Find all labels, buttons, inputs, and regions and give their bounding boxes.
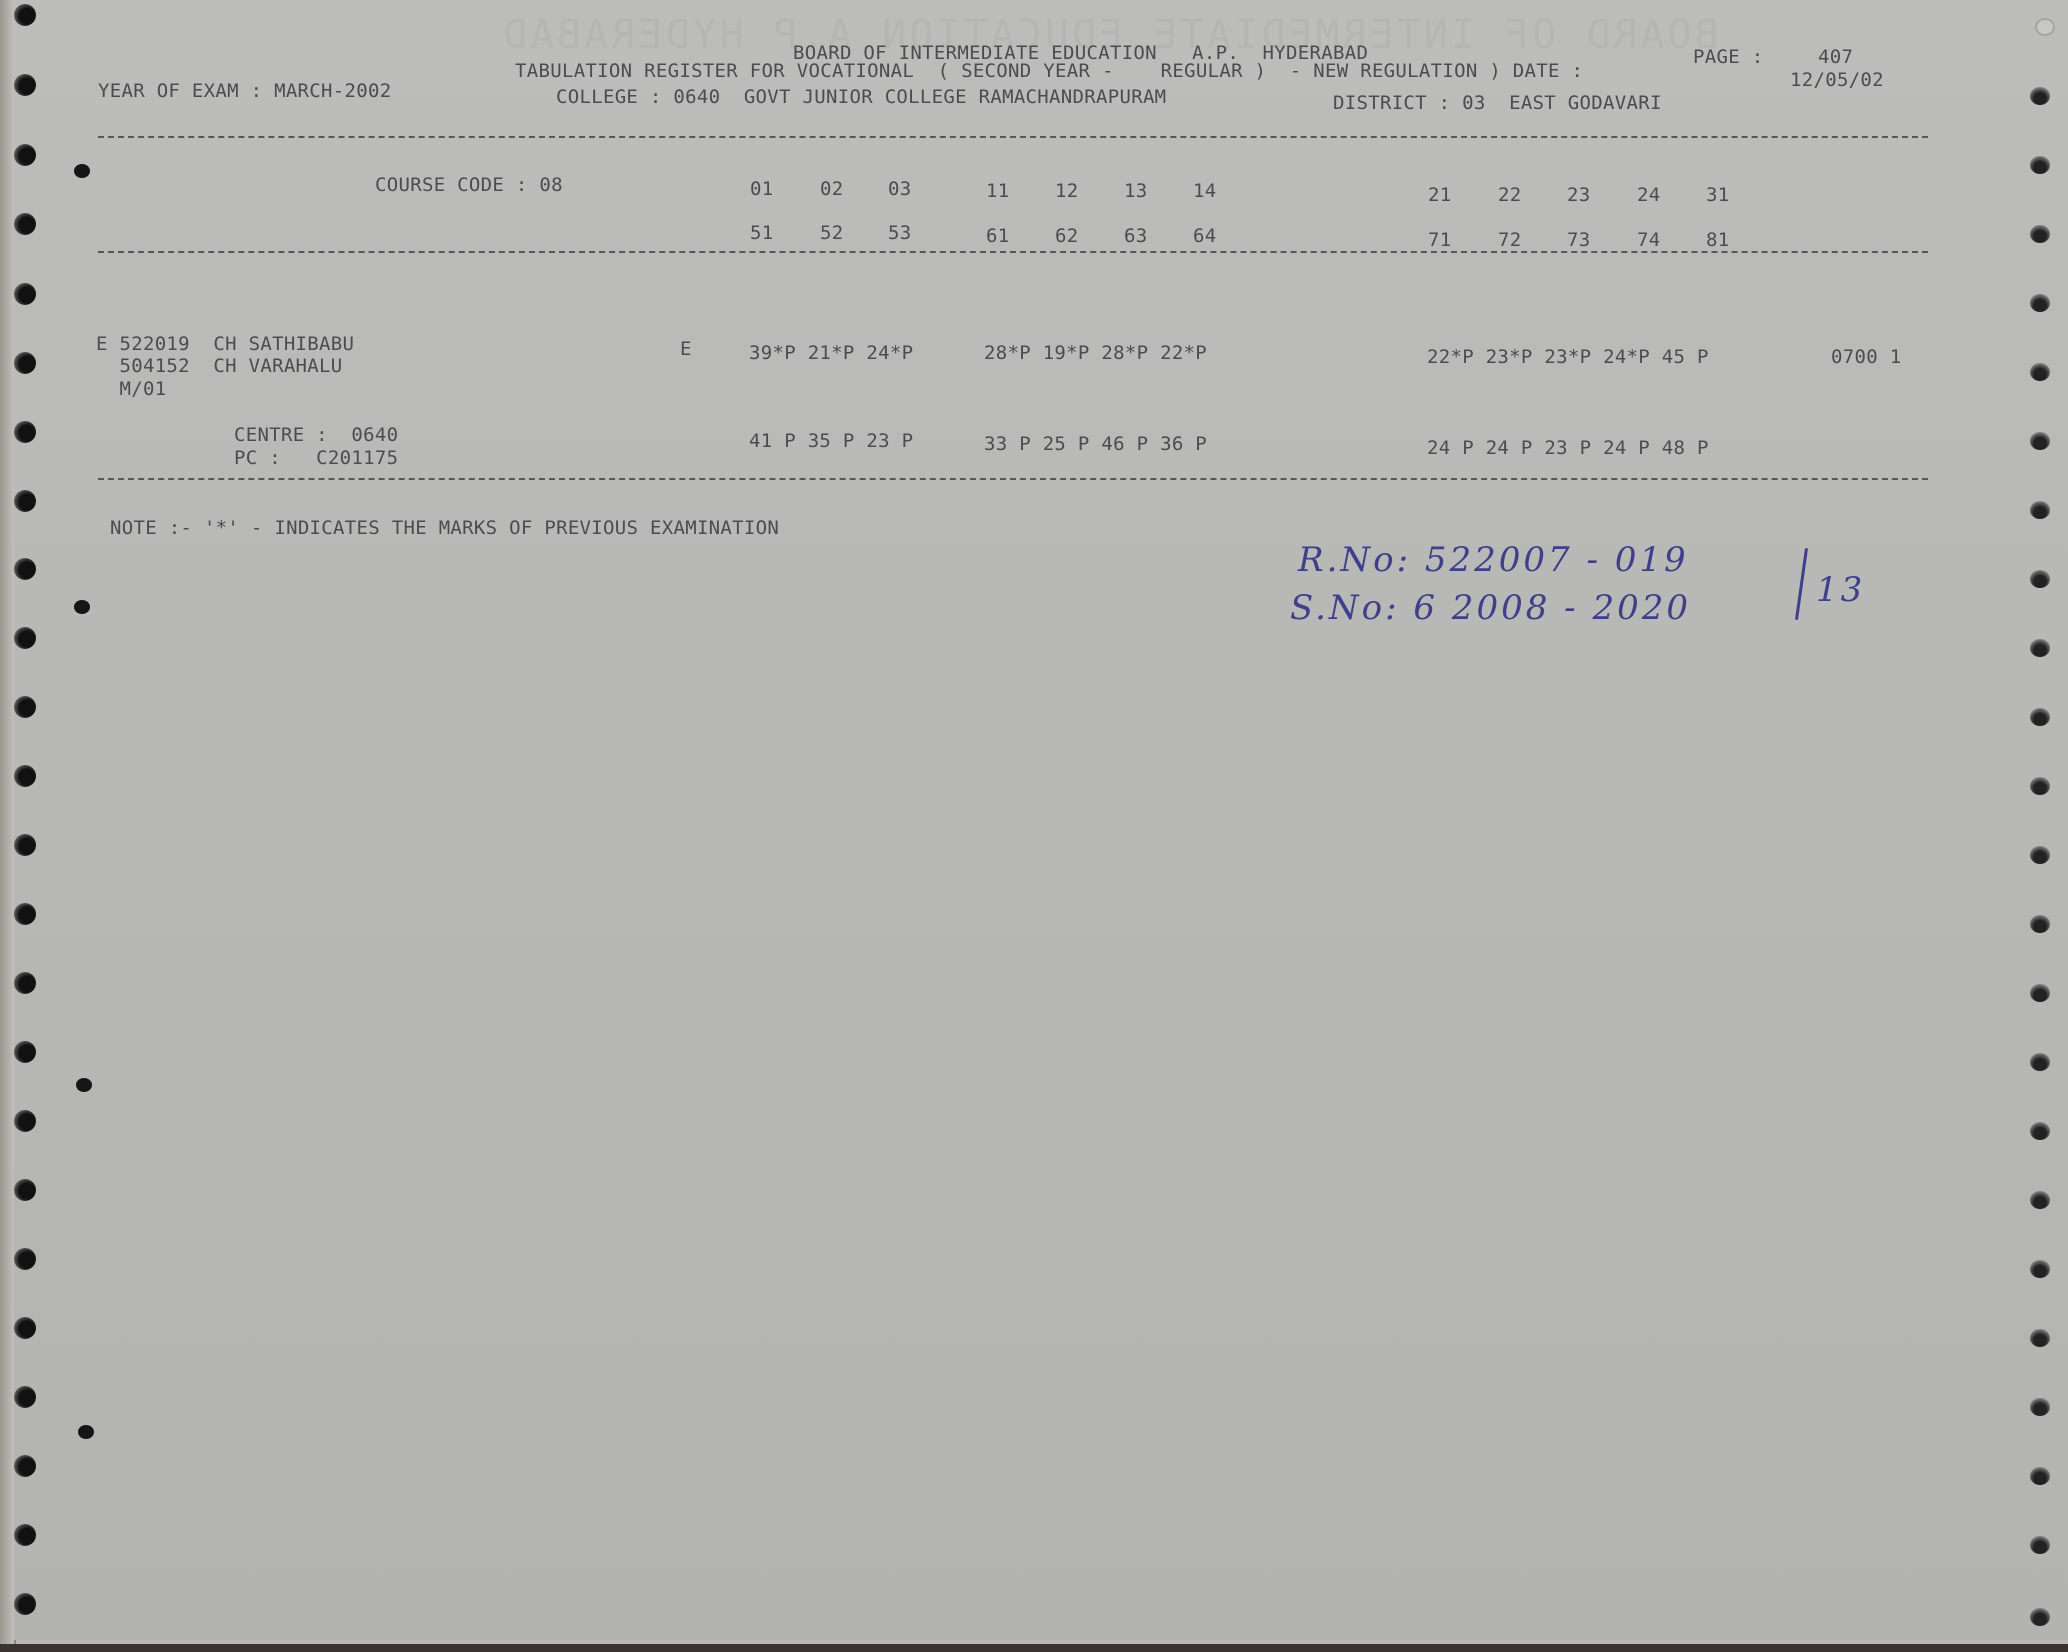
feed-hole bbox=[14, 1179, 36, 1201]
feed-hole bbox=[2030, 1260, 2050, 1278]
feed-hole bbox=[14, 627, 36, 649]
feed-hole bbox=[14, 1110, 36, 1132]
feed-hole bbox=[2030, 1329, 2050, 1347]
feed-hole bbox=[14, 834, 36, 856]
feed-hole bbox=[2030, 1191, 2050, 1209]
paper-bottom-edge bbox=[0, 1644, 2068, 1652]
feed-hole bbox=[14, 696, 36, 718]
feed-hole bbox=[14, 421, 36, 443]
feed-hole bbox=[2030, 639, 2050, 657]
subject-code: 73 bbox=[1567, 229, 1590, 251]
subject-code: 01 bbox=[750, 178, 773, 200]
feed-hole bbox=[14, 558, 36, 580]
feed-hole bbox=[14, 1248, 36, 1270]
feed-hole bbox=[2030, 87, 2050, 105]
feed-hole bbox=[14, 4, 36, 26]
total-and-result: 0700 1 bbox=[1831, 346, 1901, 368]
feed-hole bbox=[2030, 432, 2050, 450]
subject-code: 23 bbox=[1567, 184, 1590, 206]
feed-hole bbox=[14, 1455, 36, 1477]
binding-punch bbox=[76, 1078, 92, 1092]
subject-code: 31 bbox=[1706, 184, 1729, 206]
subject-code: 22 bbox=[1498, 184, 1521, 206]
feed-hole bbox=[2030, 1536, 2050, 1554]
subject-code: 62 bbox=[1055, 225, 1078, 247]
subject-code: 21 bbox=[1428, 184, 1451, 206]
feed-hole bbox=[14, 1593, 36, 1615]
feed-hole bbox=[2030, 294, 2050, 312]
feed-hole bbox=[14, 490, 36, 512]
handwritten-roll-range: R.No: 522007 - 019 bbox=[1298, 540, 1689, 580]
feed-hole bbox=[2030, 1398, 2050, 1416]
feed-hole-empty bbox=[2035, 18, 2055, 36]
feed-hole bbox=[14, 74, 36, 96]
marks-row1-part2: 28*P 19*P 28*P 22*P bbox=[984, 342, 1207, 364]
tabulation-register-sheet bbox=[14, 0, 2068, 1640]
feed-hole bbox=[2030, 708, 2050, 726]
divider bbox=[98, 478, 1928, 480]
feed-hole bbox=[2030, 1122, 2050, 1140]
divider bbox=[98, 136, 1928, 138]
centre-code: CENTRE : 0640 bbox=[234, 424, 398, 446]
student-medium: E bbox=[680, 338, 692, 360]
student-gender-category: M/01 bbox=[96, 378, 166, 400]
feed-hole bbox=[2030, 846, 2050, 864]
subject-code: 52 bbox=[820, 222, 843, 244]
feed-hole bbox=[14, 972, 36, 994]
subject-code: 74 bbox=[1637, 229, 1660, 251]
page-number: 407 bbox=[1818, 46, 1853, 68]
college-info: COLLEGE : 0640 GOVT JUNIOR COLLEGE RAMAC… bbox=[556, 86, 1166, 108]
subject-code: 64 bbox=[1193, 225, 1216, 247]
subject-code: 51 bbox=[750, 222, 773, 244]
subject-code: 63 bbox=[1124, 225, 1147, 247]
subject-code: 02 bbox=[820, 178, 843, 200]
marks-row1-part1: 39*P 21*P 24*P bbox=[749, 342, 913, 364]
feed-hole bbox=[14, 903, 36, 925]
feed-hole bbox=[14, 144, 36, 166]
binding-punch bbox=[74, 600, 90, 614]
subject-code: 24 bbox=[1637, 184, 1660, 206]
feed-hole bbox=[2030, 225, 2050, 243]
marks-row2-part1: 41 P 35 P 23 P bbox=[749, 430, 913, 452]
feed-hole bbox=[14, 352, 36, 374]
subject-code: 81 bbox=[1706, 229, 1729, 251]
handwritten-serial-range: S.No: 6 2008 - 2020 bbox=[1290, 588, 1691, 628]
feed-hole bbox=[2030, 1608, 2050, 1626]
student-father-name: 504152 CH VARAHALU bbox=[96, 355, 343, 377]
district-info: DISTRICT : 03 EAST GODAVARI bbox=[1333, 92, 1662, 114]
feed-hole bbox=[14, 283, 36, 305]
pc-number: PC : C201175 bbox=[234, 447, 398, 469]
feed-hole bbox=[14, 765, 36, 787]
page-label: PAGE : bbox=[1693, 46, 1763, 68]
subject-code: 11 bbox=[986, 180, 1009, 202]
subject-code: 61 bbox=[986, 225, 1009, 247]
feed-hole bbox=[2030, 1467, 2050, 1485]
feed-hole bbox=[2030, 915, 2050, 933]
feed-hole bbox=[2030, 363, 2050, 381]
feed-hole bbox=[14, 213, 36, 235]
feed-hole bbox=[2030, 501, 2050, 519]
binding-punch bbox=[74, 164, 90, 178]
feed-hole bbox=[14, 1041, 36, 1063]
subject-code: 72 bbox=[1498, 229, 1521, 251]
subject-code: 03 bbox=[888, 178, 911, 200]
subject-code: 13 bbox=[1124, 180, 1147, 202]
subject-code: 71 bbox=[1428, 229, 1451, 251]
handwritten-suffix: 13 bbox=[1816, 570, 1865, 610]
year-of-exam: YEAR OF EXAM : MARCH-2002 bbox=[98, 80, 391, 102]
marks-row1-part3: 22*P 23*P 23*P 24*P 45 P bbox=[1427, 346, 1709, 368]
feed-hole bbox=[2030, 777, 2050, 795]
feed-hole bbox=[14, 1317, 36, 1339]
marks-row2-part3: 24 P 24 P 23 P 24 P 48 P bbox=[1427, 437, 1709, 459]
student-hall-ticket-name: E 522019 CH SATHIBABU bbox=[96, 333, 354, 355]
feed-hole bbox=[14, 1524, 36, 1546]
feed-hole bbox=[2030, 570, 2050, 588]
marks-row2-part2: 33 P 25 P 46 P 36 P bbox=[984, 433, 1207, 455]
course-code: COURSE CODE : 08 bbox=[375, 174, 563, 196]
feed-hole bbox=[14, 1386, 36, 1408]
divider bbox=[98, 251, 1928, 253]
subject-code: 14 bbox=[1193, 180, 1216, 202]
feed-hole bbox=[2030, 156, 2050, 174]
feed-hole bbox=[2030, 984, 2050, 1002]
register-title: TABULATION REGISTER FOR VOCATIONAL ( SEC… bbox=[515, 60, 1583, 82]
subject-code: 53 bbox=[888, 222, 911, 244]
feed-hole bbox=[2030, 1053, 2050, 1071]
binding-punch bbox=[78, 1425, 94, 1439]
subject-code: 12 bbox=[1055, 180, 1078, 202]
footnote: NOTE :- '*' - INDICATES THE MARKS OF PRE… bbox=[110, 517, 779, 539]
report-date: 12/05/02 bbox=[1790, 69, 1884, 91]
